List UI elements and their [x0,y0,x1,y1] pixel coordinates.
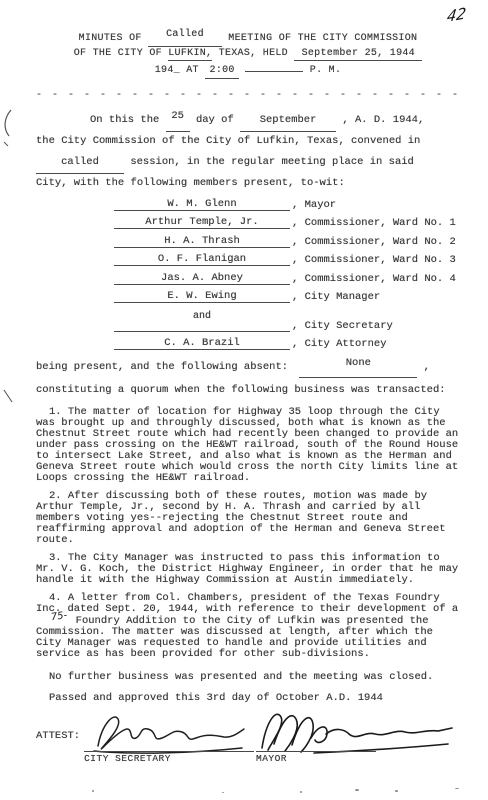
member-row: W. M. Glenn , Mayor [114,199,460,211]
opening-line-1: On this the 25 day of September , A. D. … [36,110,460,131]
scan-noise [222,792,224,793]
scan-noise [455,788,459,789]
member-row: O. F. Flanigan , Commissioner, Ward No. … [114,254,460,266]
opening-line-4: City, with the following members present… [36,173,460,194]
quorum-line: constituting a quorum when the following… [36,380,460,400]
mayor-label: MAYOR [256,751,376,764]
member-name: H. A. Thrash [114,235,290,248]
attest-block: ATTEST: CITY SECRETARY [36,708,254,764]
month-blank: September [240,110,336,132]
member-row: , City Secretary [114,320,460,332]
member-name: Jas. A. Abney [114,272,290,285]
minutes-item-1: 1. The matter of location for Highway 35… [36,407,460,484]
scan-noise [355,789,359,791]
header-line-1: MINUTES OF Called MEETING OF THE CITY CO… [36,32,460,47]
meeting-type-blank: Called [148,32,222,47]
member-name: C. A. Brazil [114,337,290,350]
opening-text: day of [196,114,234,126]
member-name: E. W. Ewing [114,290,290,303]
member-row: C. A. Brazil , City Attorney [114,338,460,350]
opening-text: session, in the regular meeting place in… [130,156,414,168]
member-row: E. W. Ewing , City Manager [114,291,460,303]
document-content: MINUTES OF Called MEETING OF THE CITY CO… [36,32,460,764]
header-text: MINUTES OF [79,33,142,44]
secretary-signature [84,708,254,756]
dashed-separator: - - - - - - - - - - - - - - - - - - - - … [36,90,460,101]
member-row: Arthur Temple, Jr. , Commissioner, Ward … [114,217,460,229]
minutes-item-4-text: Foundry Addition to the City of Lufkin w… [36,615,433,660]
attendance-line: being present, and the following absent:… [36,357,460,378]
mayor-signature [256,704,456,756]
mayor-signature-block: MAYOR [256,704,456,764]
header-line-2: OF THE CITY OF LUFKIN, TEXAS, HELD Septe… [36,47,460,62]
member-name [114,319,290,332]
scan-noise [92,790,94,792]
minutes-item-4: 4. A letter from Col. Chambers, presiden… [36,593,460,660]
member-title: , Mayor [290,199,336,211]
opening-line-2: the City Commission of the City of Lufki… [36,131,460,152]
member-roster: W. M. Glenn , Mayor Arthur Temple, Jr. ,… [36,199,460,351]
meeting-date-blank: September 25, 1944 [294,47,422,62]
attendance-text: being present, and the following absent: [36,361,288,373]
document-page: 42 MINUTES OF Called MEETING OF THE CITY… [0,0,488,800]
member-name: Arthur Temple, Jr. [114,216,290,229]
opening-line-3: called session, in the regular meeting p… [36,152,460,173]
closing-statement: No further business was presented and th… [36,671,460,683]
attendance-text: , [424,361,430,373]
member-title: , City Manager [290,291,380,303]
scan-artifact [2,388,14,406]
city-name-blank: LUFKIN, [168,47,212,62]
scan-noise [300,791,302,793]
opening-paragraph: On this the 25 day of September , A. D. … [36,110,460,194]
minutes-item-4-text: 4. A letter from Col. Chambers, presiden… [36,592,458,615]
member-row: H. A. Thrash , Commissioner, Ward No. 2 [114,236,460,248]
member-title: , Commissioner, Ward No. 1 [290,217,456,229]
member-title: , City Attorney [290,338,387,350]
header-line-3: 194_ AT 2:00 P. M. [36,61,460,79]
approval-statement: Passed and approved this 3rd day of Octo… [36,692,460,704]
day-blank: 25 [166,110,190,132]
header-text: MEETING OF THE CITY COMMISSION [228,33,417,44]
meeting-time-blank: 2:00 [205,64,239,79]
minutes-item-3: 3. The City Manager was instructed to pa… [36,553,460,586]
absent-blank: None [299,357,417,378]
opening-text: , A. D. 1944, [342,114,424,126]
minutes-item-2: 2. After discussing both of these routes… [36,491,460,546]
member-row: Jas. A. Abney , Commissioner, Ward No. 4 [114,273,460,285]
member-title: , Commissioner, Ward No. 4 [290,273,456,285]
header-text: 194_ AT [155,65,199,76]
secretary-signature-block: CITY SECRETARY [84,708,254,764]
member-name: W. M. Glenn [114,198,290,211]
secretary-label: CITY SECRETARY [84,751,254,764]
member-title: , Commissioner, Ward No. 2 [290,236,456,248]
header-text: P. M. [310,65,342,76]
empty-form-blank [245,61,303,72]
member-title: , City Secretary [290,320,393,332]
scan-artifact [1,108,15,148]
header-text: OF THE CITY OF [74,48,162,59]
header-text: TEXAS, HELD [219,48,288,59]
signature-area: ATTEST: CITY SECRETARY [36,704,460,764]
handwritten-page-number: 42 [446,4,467,26]
member-name: O. F. Flanigan [114,253,290,266]
session-type-blank: called [36,152,124,174]
member-title: , Commissioner, Ward No. 3 [290,254,456,266]
attest-label: ATTEST: [36,730,80,742]
scan-noise [395,790,398,792]
opening-text: On this the [90,114,159,126]
document-header: MINUTES OF Called MEETING OF THE CITY CO… [36,32,460,79]
